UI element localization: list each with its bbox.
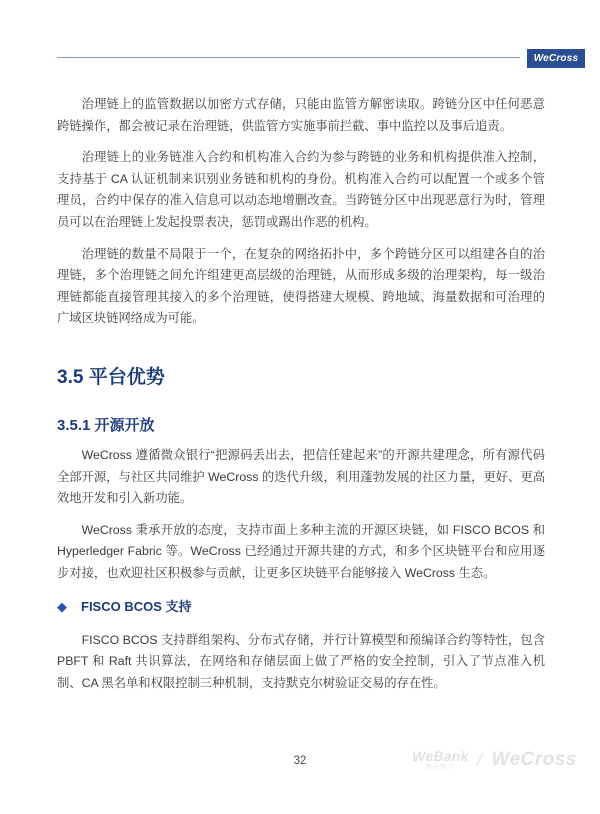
- paragraph: WeCross 秉承开放的态度，支持市面上多种主流的开源区块链，如 FISCO …: [57, 520, 545, 585]
- webank-logo-text: WeBank: [412, 749, 468, 763]
- footer-logo-separator: /: [475, 750, 484, 771]
- paragraph: WeCross 遵循微众银行“把源码丢出去，把信任建起来”的开源共建理念，所有源…: [57, 445, 545, 510]
- wecross-footer-logo: WeCross: [491, 749, 577, 771]
- paragraph: 治理链的数量不局限于一个，在复杂的网络拓扑中，多个跨链分区可以组建各自的治理链，…: [57, 244, 545, 330]
- bullet-heading-row: ◆ FISCO BCOS 支持: [57, 598, 545, 616]
- subsection-heading: 3.5.1 开源开放: [57, 416, 545, 436]
- paragraph: 治理链上的业务链准入合约和机构准入合约为参与跨链的业务和机构提供准入控制，支持基…: [57, 147, 545, 233]
- wecross-header-logo: WeCross: [527, 49, 585, 68]
- webank-logo-subtext: 微众银行: [425, 765, 455, 771]
- section-heading: 3.5 平台优势: [57, 365, 545, 391]
- diamond-bullet-icon: ◆: [57, 598, 67, 616]
- webank-logo: WeBank 微众银行: [412, 749, 468, 771]
- footer-logos: WeBank 微众银行 / WeCross: [412, 749, 577, 771]
- wecross-header-logo-text: WeCross: [534, 53, 579, 64]
- document-page: WeCross 治理链上的监管数据以加密方式存储，只能由监管方解密读取。跨链分区…: [0, 0, 600, 814]
- document-body: 治理链上的监管数据以加密方式存储，只能由监管方解密读取。跨链分区中任何恶意跨链操…: [57, 94, 545, 704]
- paragraph: FISCO BCOS 支持群组架构、分布式存储，并行计算模型和预编译合约等特性，…: [57, 630, 545, 695]
- paragraph: 治理链上的监管数据以加密方式存储，只能由监管方解密读取。跨链分区中任何恶意跨链操…: [57, 94, 545, 137]
- header-rule: [57, 57, 520, 58]
- bullet-heading-label: FISCO BCOS 支持: [81, 598, 192, 616]
